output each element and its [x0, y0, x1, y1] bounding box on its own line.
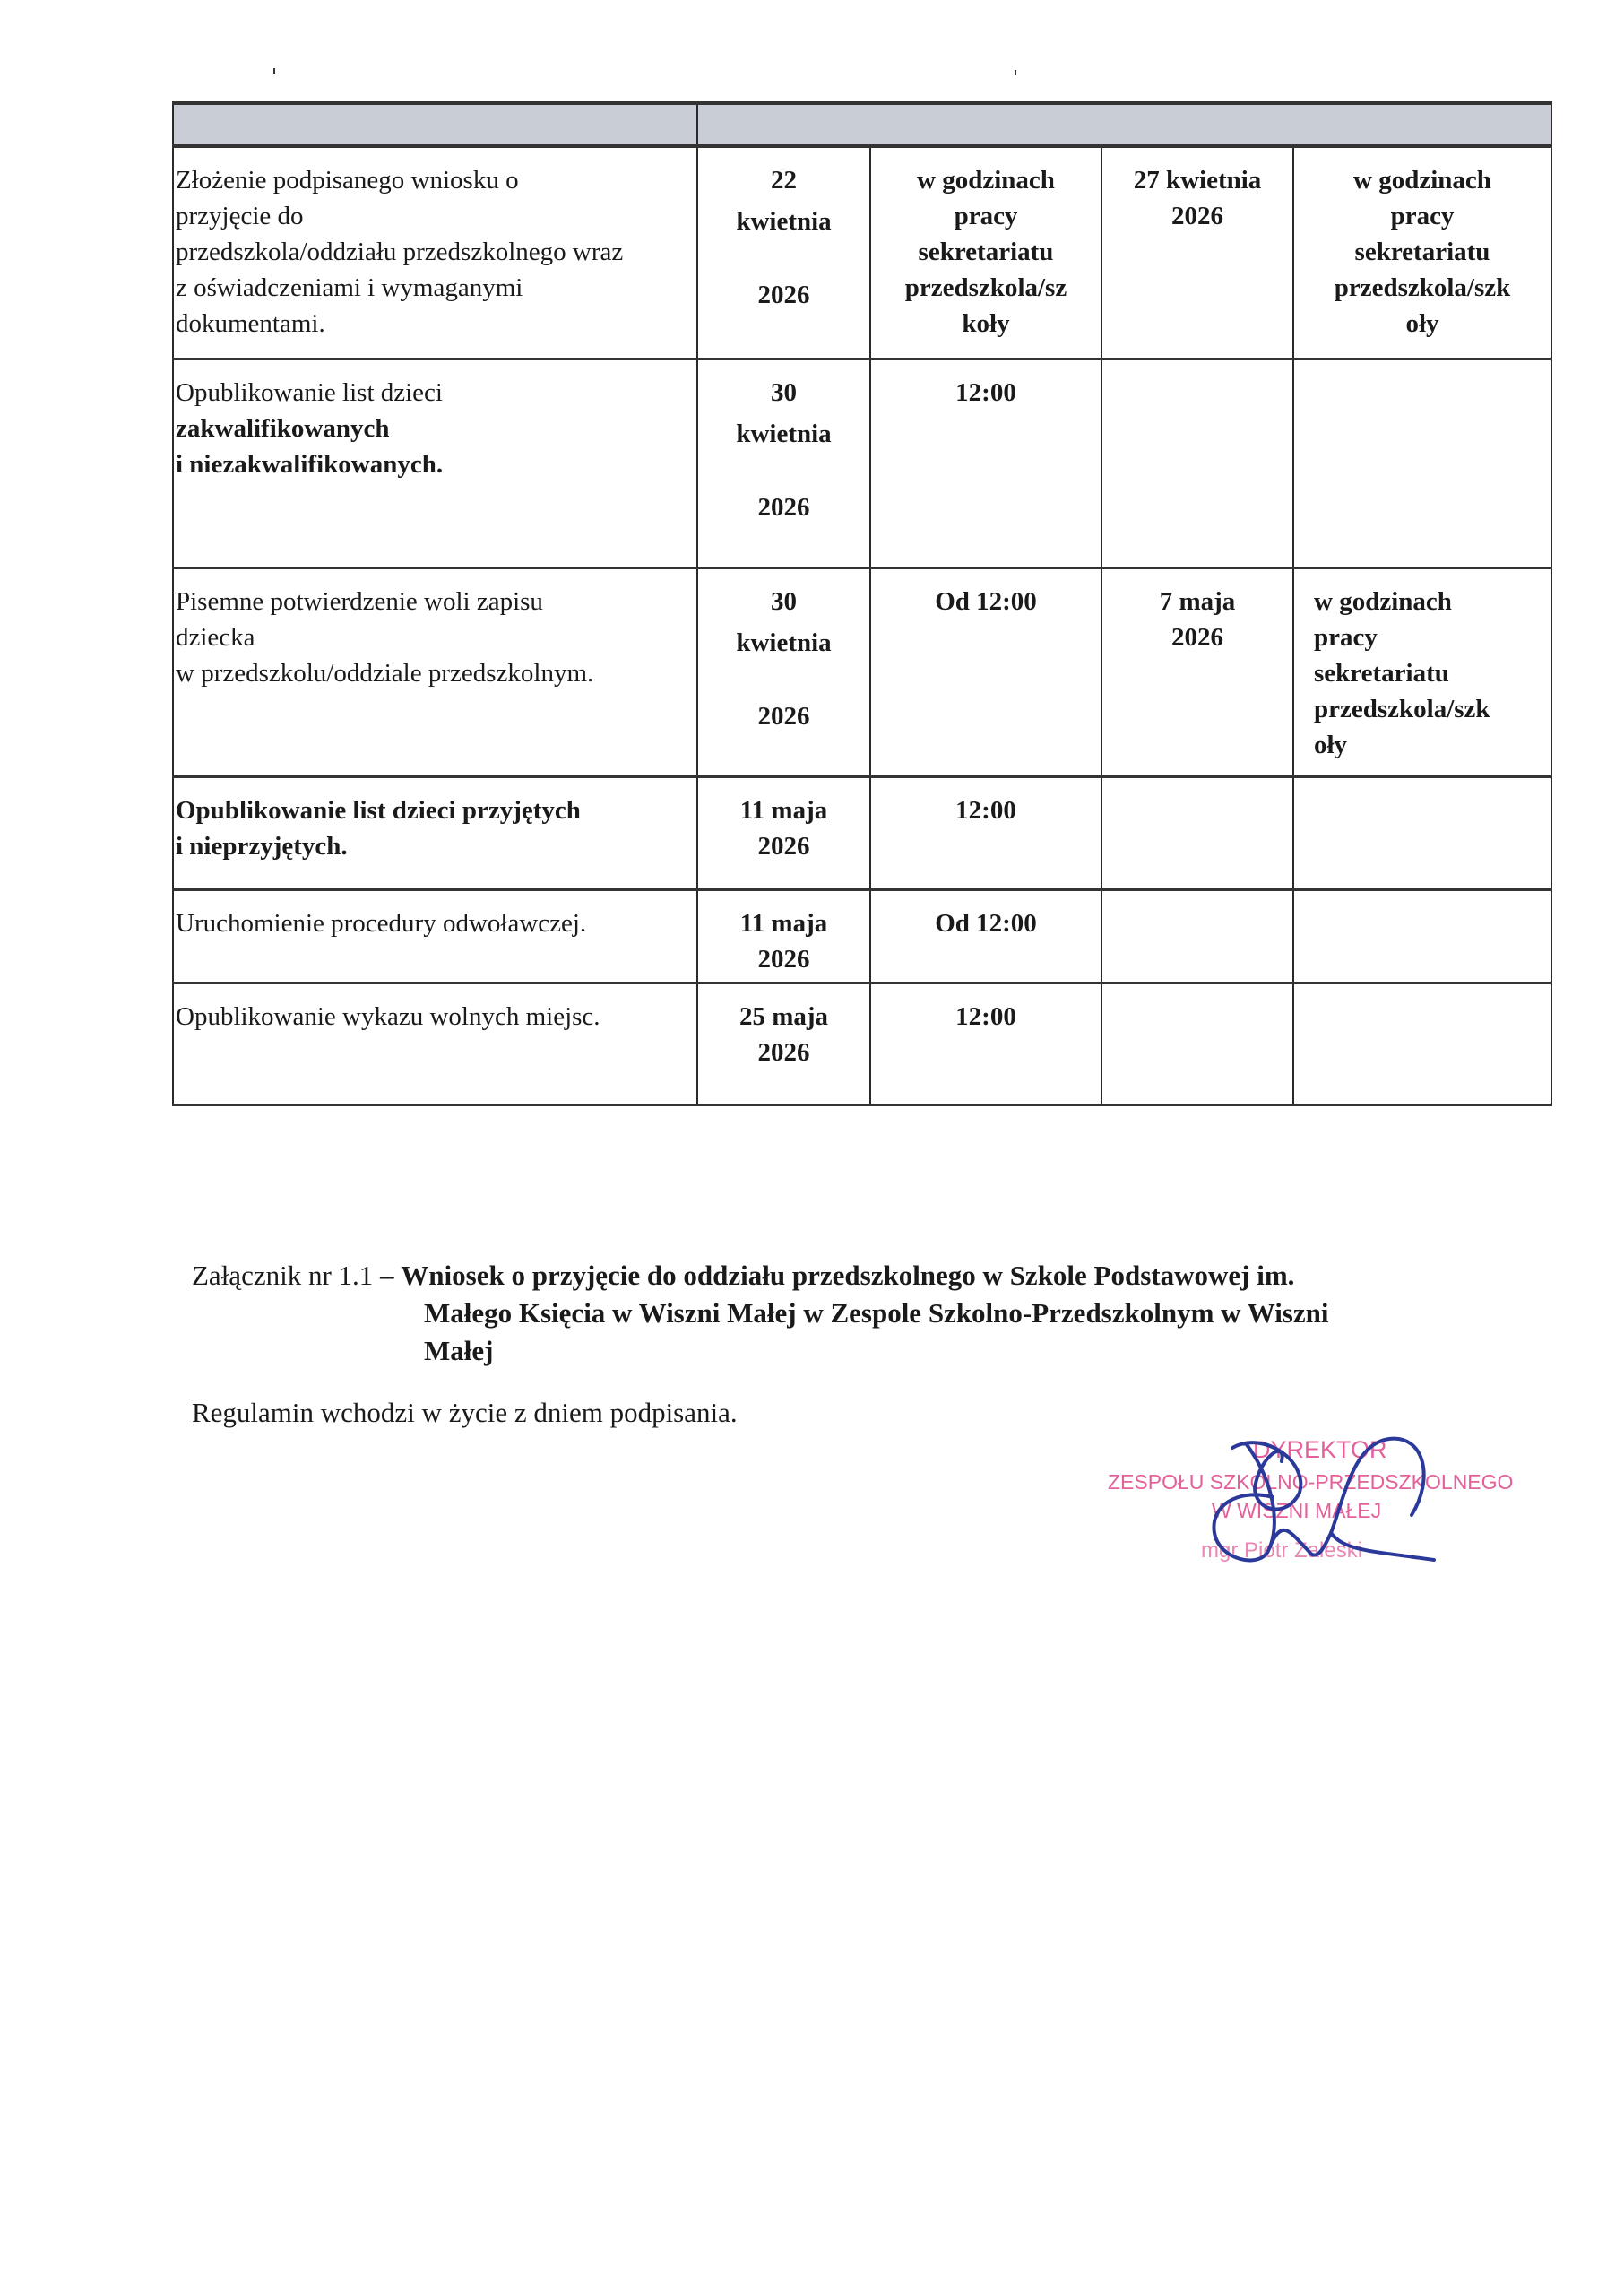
cell-end-date-lines: 27 kwietnia2026 [1102, 162, 1292, 234]
activity-line: z oświadczeniami i wymaganymi [176, 270, 695, 306]
cell-start-date-lines: 11 maja2026 [698, 792, 869, 864]
cell-end-time-line: pracy [1391, 198, 1455, 234]
cell-end-date-line: 2026 [1171, 198, 1223, 234]
annex-label: Załącznik nr 1.1 – [192, 1260, 401, 1291]
cell-end-date-line: 27 kwietnia [1134, 162, 1262, 198]
cell-start-time-line: Od 12:00 [935, 905, 1037, 941]
cell-end-time-lines: w godzinachpracysekretariatuprzedszkola/… [1314, 584, 1551, 763]
cell-start-date-lines: 11 maja2026 [698, 905, 869, 977]
activity-line: Uruchomienie procedury odwoławczej. [176, 905, 695, 941]
cell-activity: Uruchomienie procedury odwoławczej. [173, 889, 697, 983]
cell-start-date-line: 2026 [758, 489, 810, 525]
cell-activity: Opublikowanie list dziecizakwalifikowany… [173, 359, 697, 567]
cell-start-date: 30kwietnia2026 [697, 359, 870, 567]
cell-start-time-line: sekretariatu [919, 234, 1054, 270]
cell-activity: Złożenie podpisanego wniosku oprzyjęcie … [173, 146, 697, 359]
cell-end-time-line: przedszkola/szk [1314, 691, 1551, 727]
cell-start-time: Od 12:00 [870, 567, 1101, 776]
activity-line: Opublikowanie list dzieci [176, 375, 695, 411]
cell-end-time [1293, 889, 1551, 983]
activity-line: przedszkola/oddziału przedszkolnego wraz [176, 234, 695, 270]
annex-title-line2: Małego Księcia w Wiszni Małej w Zespole … [192, 1295, 1464, 1332]
cell-start-time-line: przedszkola/sz [905, 270, 1067, 306]
activity-line: i nieprzyjętych. [176, 828, 695, 864]
cell-end-date [1101, 359, 1293, 567]
scan-speck [1015, 70, 1016, 75]
cell-end-date-line: 2026 [1171, 619, 1223, 655]
cell-end-date [1101, 983, 1293, 1104]
cell-end-time [1293, 776, 1551, 889]
cell-start-date-line: 11 maja [740, 792, 827, 828]
cell-activity: Opublikowanie wykazu wolnych miejsc. [173, 983, 697, 1104]
cell-activity: Opublikowanie list dzieci przyjętychi ni… [173, 776, 697, 889]
cell-end-time-line: w godzinach [1353, 162, 1491, 198]
cell-end-date: 7 maja2026 [1101, 567, 1293, 776]
cell-start-date-line: kwietnia [736, 416, 831, 452]
signature-icon [1102, 1425, 1515, 1605]
table-row: Złożenie podpisanego wniosku oprzyjęcie … [173, 146, 1551, 359]
cell-start-date-line: kwietnia [736, 625, 831, 661]
activity-line: Złożenie podpisanego wniosku o [176, 162, 695, 198]
cell-start-date-line: 30 [771, 584, 797, 619]
cell-start-date-lines: 25 maja2026 [698, 999, 869, 1070]
annex-title-line1: Wniosek o przyjęcie do oddziału przedszk… [401, 1260, 1294, 1291]
header-cell-activity [173, 103, 697, 146]
cell-start-date-line: 2026 [758, 698, 810, 734]
annex-title-line3: Małej [192, 1332, 1464, 1370]
cell-end-time-line: oły [1405, 306, 1438, 342]
cell-start-time-line: 12:00 [955, 999, 1016, 1035]
cell-start-time: Od 12:00 [870, 889, 1101, 983]
cell-start-date-line: 2026 [758, 941, 810, 977]
cell-start-date-lines: 22kwietnia2026 [698, 162, 869, 313]
cell-start-time-lines: 12:00 [871, 999, 1101, 1035]
activity-line: dziecka [176, 619, 695, 655]
cell-end-time [1293, 983, 1551, 1104]
cell-start-time-line: 12:00 [955, 792, 1016, 828]
cell-end-time-line: sekretariatu [1314, 655, 1551, 691]
cell-start-date-line: 2026 [758, 277, 810, 313]
cell-start-date-line: 2026 [758, 828, 810, 864]
activity-line: dokumentami. [176, 306, 695, 342]
cell-end-date [1101, 776, 1293, 889]
table-row: Opublikowanie list dzieci przyjętychi ni… [173, 776, 1551, 889]
activity-line: Opublikowanie wykazu wolnych miejsc. [176, 999, 695, 1035]
cell-end-time-line: pracy [1314, 619, 1551, 655]
cell-activity: Pisemne potwierdzenie woli zapisudziecka… [173, 567, 697, 776]
cell-start-time: 12:00 [870, 983, 1101, 1104]
activity-line: w przedszkolu/oddziale przedszkolnym. [176, 655, 695, 691]
cell-start-time-line: pracy [955, 198, 1018, 234]
cell-start-date-lines: 30kwietnia2026 [698, 375, 869, 525]
table-row: Pisemne potwierdzenie woli zapisudziecka… [173, 567, 1551, 776]
activity-line: Pisemne potwierdzenie woli zapisu [176, 584, 695, 619]
cell-start-date-line: 2026 [758, 1035, 810, 1070]
cell-start-date-line: 11 maja [740, 905, 827, 941]
activity-line: przyjęcie do [176, 198, 695, 234]
table-header-row [173, 103, 1551, 146]
activity-line: Opublikowanie list dzieci przyjętych [176, 792, 695, 828]
cell-start-time-lines: w godzinachpracysekretariatuprzedszkola/… [871, 162, 1101, 342]
cell-end-time: w godzinachpracysekretariatuprzedszkola/… [1293, 146, 1551, 359]
annex-reference: Załącznik nr 1.1 – Wniosek o przyjęcie d… [192, 1257, 1464, 1370]
cell-end-time-lines: w godzinachpracysekretariatuprzedszkola/… [1294, 162, 1551, 342]
cell-start-date-line: kwietnia [736, 204, 831, 239]
cell-end-date: 27 kwietnia2026 [1101, 146, 1293, 359]
table-row: Opublikowanie wykazu wolnych miejsc.25 m… [173, 983, 1551, 1104]
table-row: Uruchomienie procedury odwoławczej.11 ma… [173, 889, 1551, 983]
cell-start-date-lines: 30kwietnia2026 [698, 584, 869, 734]
header-cell-dates [697, 103, 1551, 146]
cell-start-time-line: koły [962, 306, 1009, 342]
cell-end-time [1293, 359, 1551, 567]
cell-start-time-lines: Od 12:00 [871, 584, 1101, 619]
cell-end-time: w godzinachpracysekretariatuprzedszkola/… [1293, 567, 1551, 776]
cell-start-date: 11 maja2026 [697, 776, 870, 889]
recruitment-schedule-table: Złożenie podpisanego wniosku oprzyjęcie … [172, 101, 1552, 1106]
cell-start-time: 12:00 [870, 359, 1101, 567]
cell-start-date: 30kwietnia2026 [697, 567, 870, 776]
cell-end-time-line: oły [1314, 727, 1551, 763]
cell-end-date-lines: 7 maja2026 [1102, 584, 1292, 655]
cell-start-time: w godzinachpracysekretariatuprzedszkola/… [870, 146, 1101, 359]
cell-start-time-line: Od 12:00 [935, 584, 1037, 619]
director-stamp-signature: DYREKTOR ZESPOŁU SZKOLNO-PRZEDSZKOLNEGO … [1102, 1425, 1515, 1605]
activity-line: i niezakwalifikowanych. [176, 446, 695, 482]
cell-start-date: 11 maja2026 [697, 889, 870, 983]
cell-end-time-line: przedszkola/szk [1335, 270, 1511, 306]
activity-line: zakwalifikowanych [176, 411, 695, 446]
cell-start-time-lines: 12:00 [871, 375, 1101, 411]
cell-start-date-line: 22 [771, 162, 797, 198]
scan-speck [273, 68, 275, 74]
cell-start-time-line: 12:00 [955, 375, 1016, 411]
closing-statement: Regulamin wchodzi w życie z dniem podpis… [192, 1397, 738, 1429]
cell-start-date-line: 30 [771, 375, 797, 411]
cell-end-date [1101, 889, 1293, 983]
cell-start-time-line: w godzinach [917, 162, 1055, 198]
cell-start-time-lines: Od 12:00 [871, 905, 1101, 941]
cell-end-time-line: w godzinach [1314, 584, 1551, 619]
cell-start-time-lines: 12:00 [871, 792, 1101, 828]
cell-end-time-line: sekretariatu [1355, 234, 1490, 270]
cell-start-time: 12:00 [870, 776, 1101, 889]
table-row: Opublikowanie list dziecizakwalifikowany… [173, 359, 1551, 567]
cell-start-date: 22kwietnia2026 [697, 146, 870, 359]
cell-end-date-line: 7 maja [1160, 584, 1236, 619]
cell-start-date-line: 25 maja [739, 999, 828, 1035]
cell-start-date: 25 maja2026 [697, 983, 870, 1104]
